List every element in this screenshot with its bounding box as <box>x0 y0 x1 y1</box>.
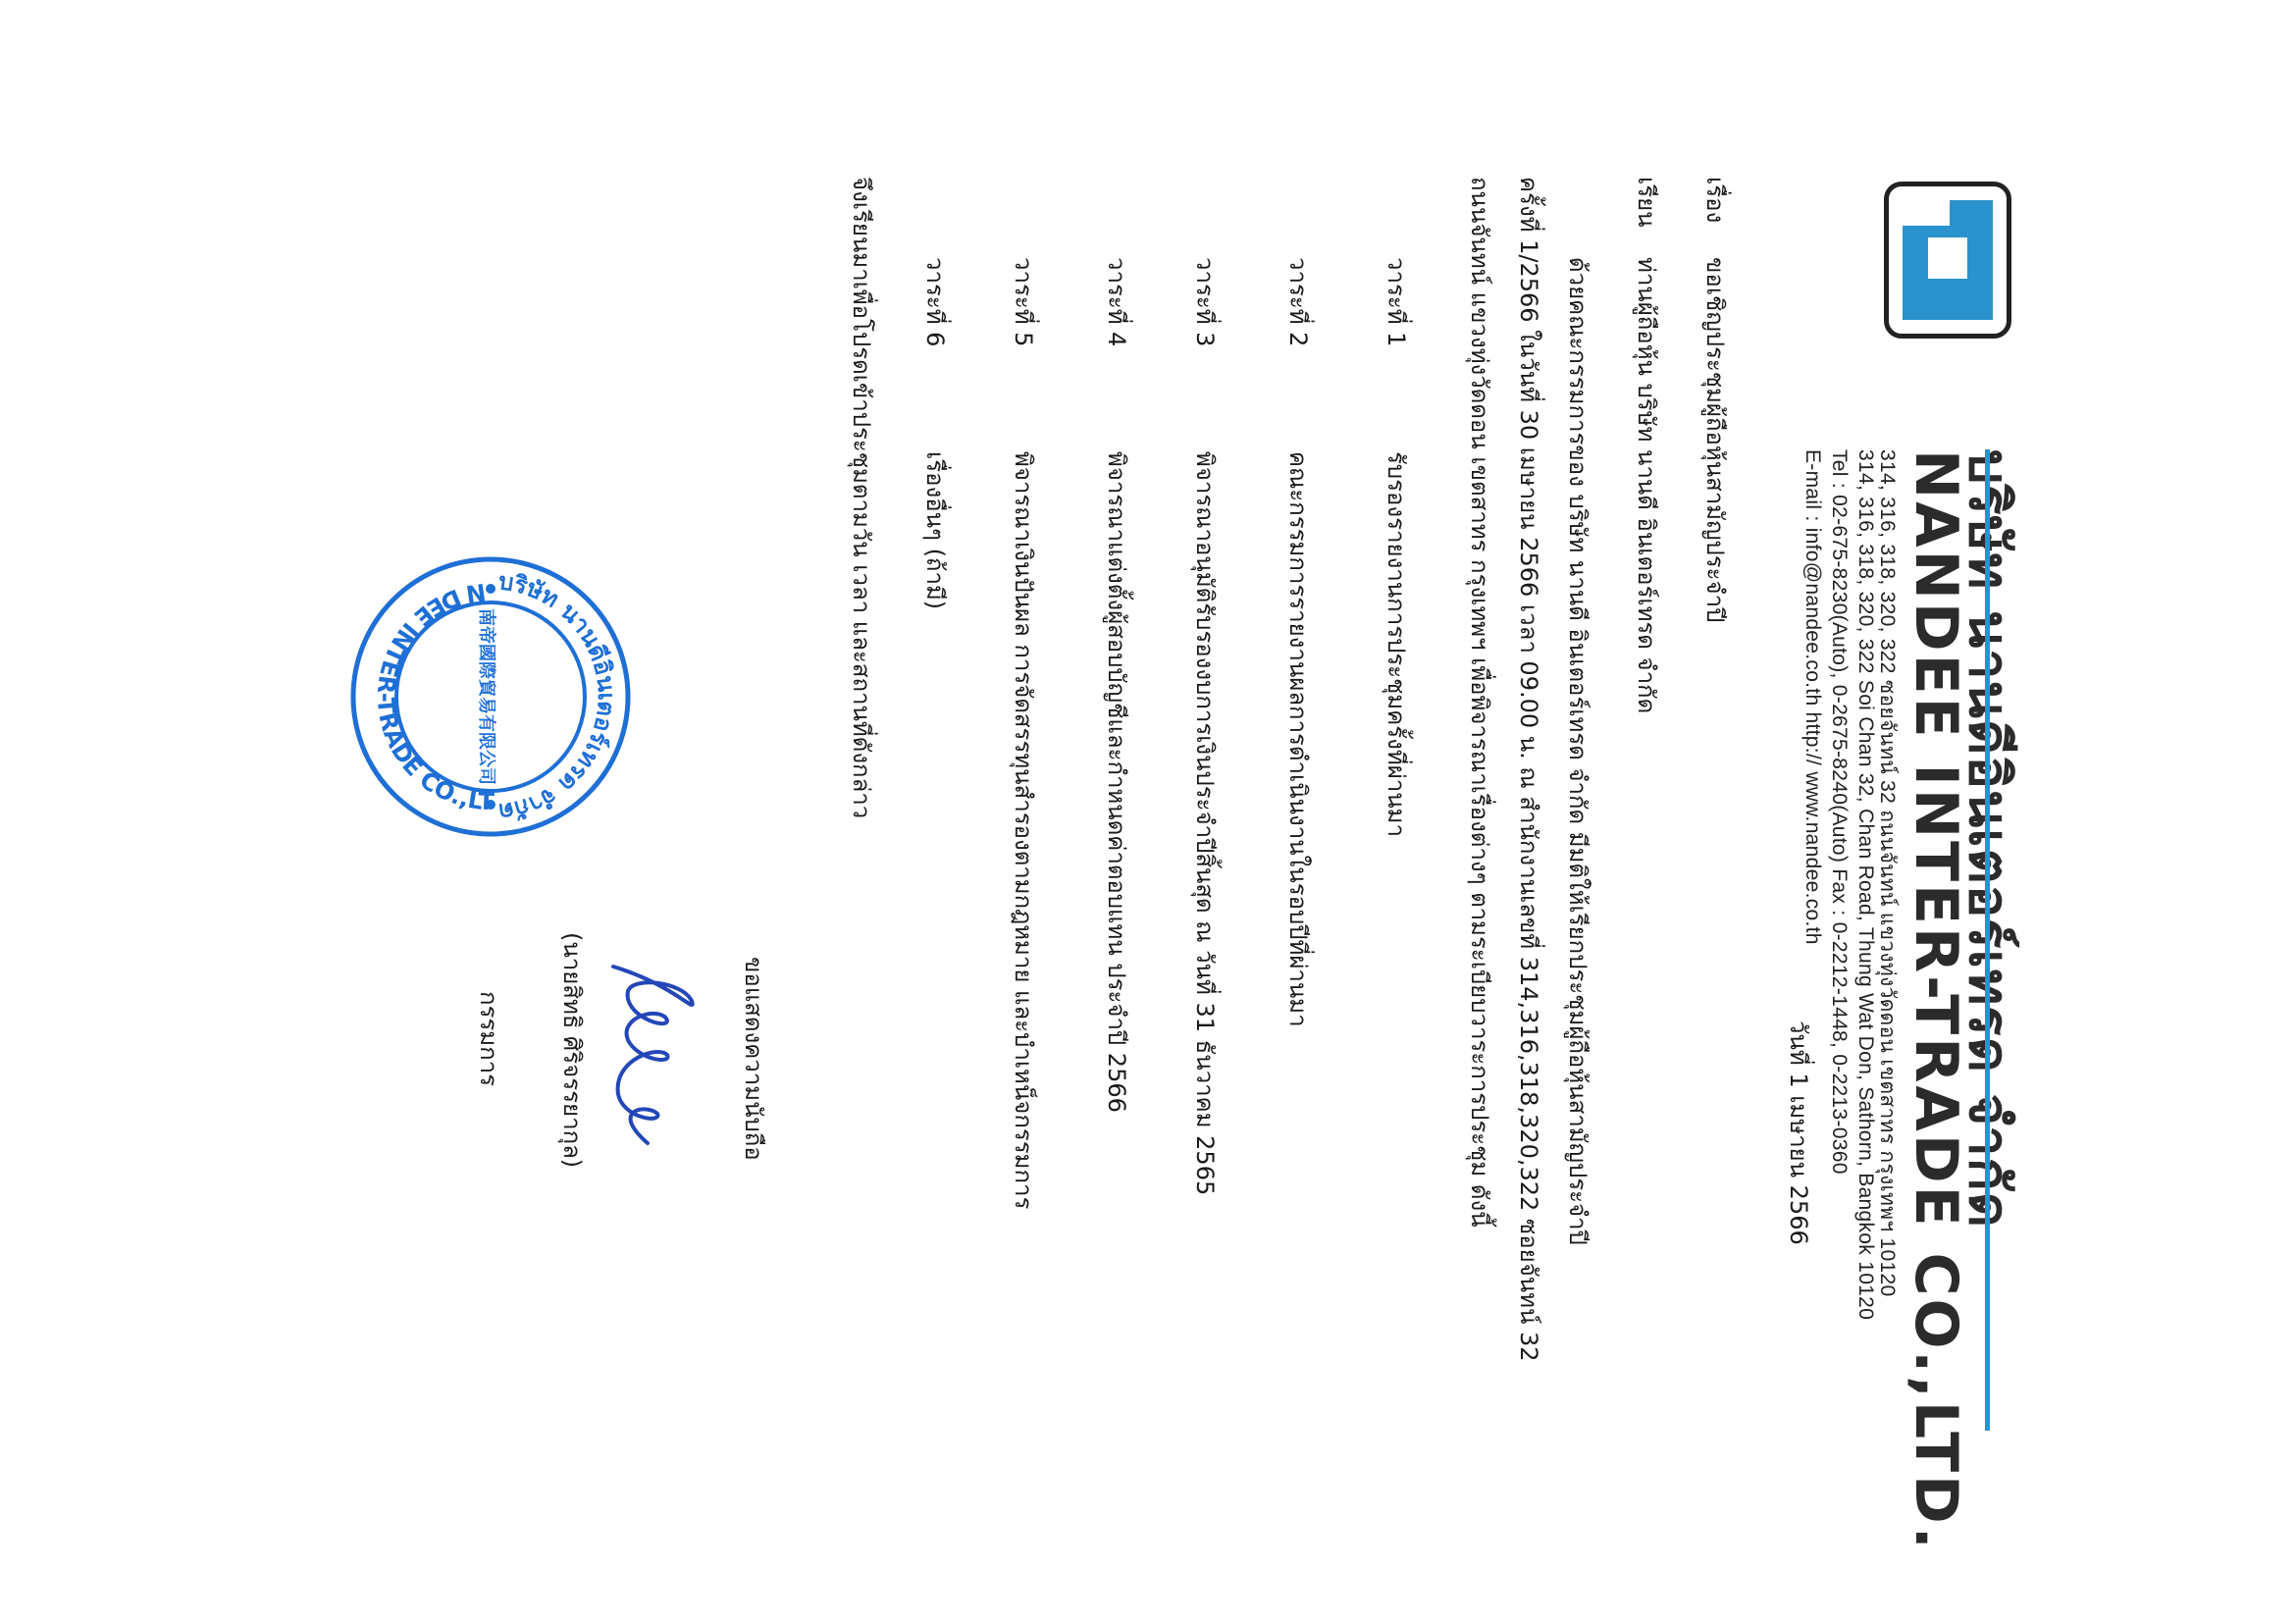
address-en: 314, 316, 318, 320, 322 Soi Chan 32, Cha… <box>1853 449 1877 1320</box>
agenda-6-text: เรื่องอื่นๆ (ถ้ามี) <box>923 451 947 609</box>
nandee-logo-icon <box>1884 182 2011 339</box>
subject-label: เรื่อง <box>1703 177 1727 223</box>
agenda-5-number: วาระที่ 5 <box>1012 257 1035 346</box>
body-line-3: ถนนจันทน์ แขวงทุ่งวัดดอน เขตสาทร กรุงเทพ… <box>1468 177 1491 1228</box>
agenda-4-text: พิจารณาแต่งตั้งผู้สอบบัญชีและกำหนดค่าตอบ… <box>1105 451 1128 1113</box>
company-name-en: NANDEE INTER-TRADE CO.,LTD. <box>1902 449 1970 1552</box>
agenda-5-text: พิจารณาเงินปันผล การจัดสรรทุนสำรองตามกฎห… <box>1012 451 1035 1209</box>
signer-name: (นายสิทธิ ศิริจรรยากุล) <box>560 932 584 1168</box>
agenda-3-text: พิจารณาอนุมัติรับรองงบการเงินประจำปีสิ้น… <box>1193 451 1217 1195</box>
letterhead-divider <box>1985 449 1990 1431</box>
letter-date: วันที่ 1 เมษายน 2566 <box>1780 1021 1818 1245</box>
handwritten-signature-icon <box>599 947 706 1163</box>
phone-fax: Tel : 02-675-8230(Auto), 0-2675-8240(Aut… <box>1827 449 1851 1175</box>
agenda-4-number: วาระที่ 4 <box>1105 257 1128 346</box>
agenda-1-text: รับรองรายงานการประชุมครั้งที่ผ่านมา <box>1384 451 1408 837</box>
signer-position: กรรมการ <box>477 991 500 1086</box>
stamp-inner-text: 南帝國際貿易有限公司 <box>476 608 497 785</box>
email-web: E-mail : info@nandee.co.th http:// www.n… <box>1800 449 1824 945</box>
body-line-2: ครั้งที่ 1/2566 ในวันที่ 30 เมษายน 2566 … <box>1517 177 1540 1362</box>
agenda-1-number: วาระที่ 1 <box>1384 257 1408 346</box>
letter-page: บริษัท นานดีอินเตอร์เทรด จำกัด NANDEE IN… <box>0 0 2296 1623</box>
agenda-2-number: วาระที่ 2 <box>1286 257 1310 346</box>
closing-phrase: ขอแสดงความนับถือ <box>742 957 765 1161</box>
company-seal-stamp: บริษัท นานดีอินเตอร์เทรด จำกัด NAN DEE I… <box>343 550 638 844</box>
agenda-6-number: วาระที่ 6 <box>923 257 947 346</box>
subject-text: ขอเชิญประชุมผู้ถือหุ้นสามัญประจำปี <box>1703 257 1727 622</box>
salutation-label: เรียน <box>1635 177 1658 228</box>
closing-invitation: จึงเรียนมาเพื่อโปรดเข้าประชุมตามวัน เวลา… <box>850 177 873 818</box>
agenda-2-text: คณะกรรมการรายงานผลการดำเนินงานในรอบปีที่… <box>1286 451 1310 1027</box>
agenda-3-number: วาระที่ 3 <box>1193 257 1217 346</box>
body-line-1: ด้วยคณะกรรมการของ บริษัท นานดี อินเตอร์เ… <box>1566 257 1590 1245</box>
salutation-text: ท่านผู้ถือหุ้น บริษัท นานดี อินเตอร์เทรด… <box>1635 257 1658 713</box>
